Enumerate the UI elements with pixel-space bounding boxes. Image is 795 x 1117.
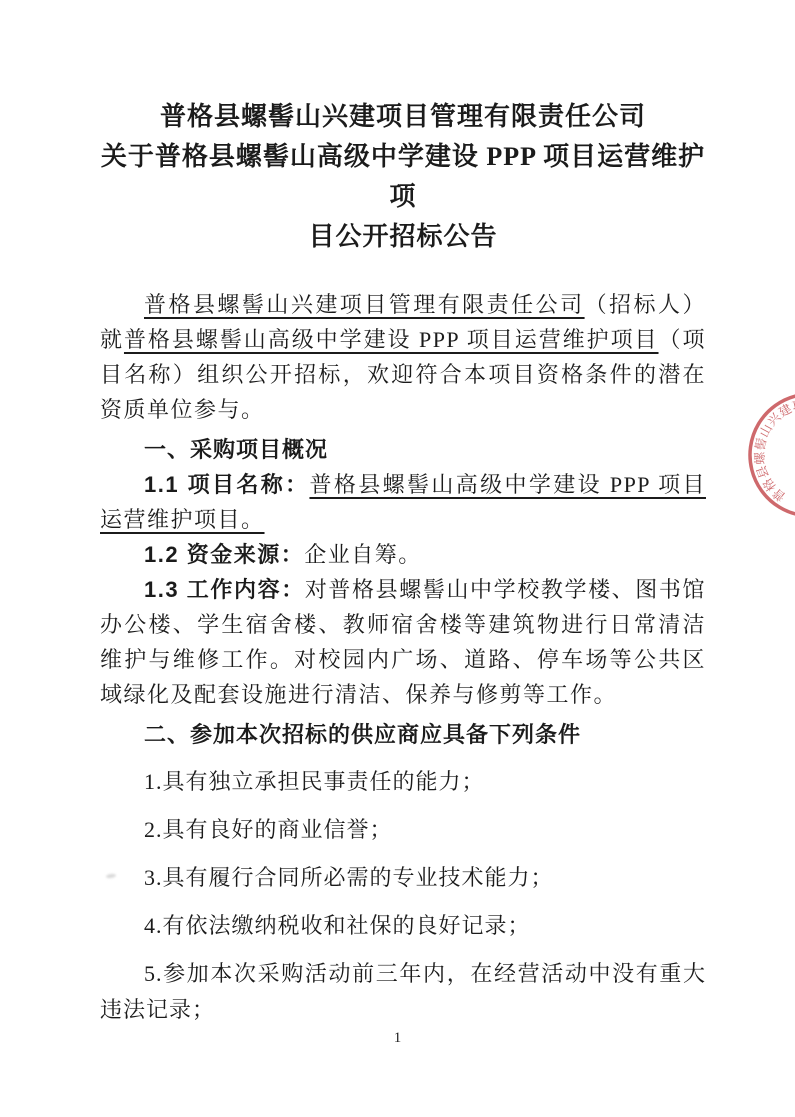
document-title: 普格县螺髻山兴建项目管理有限责任公司关于普格县螺髻山高级中学建设 PPP 项目运… [0, 0, 795, 257]
paragraph: 1.3 工作内容：对普格县螺髻山中学校教学楼、图书馆办公楼、学生宿舍楼、教师宿舍… [100, 572, 706, 712]
text-segment: 普格县螺髻山高级中学建设 PPP 项目运营维护项目 [124, 327, 659, 352]
document-page: 普格县螺髻山兴建项目管理有限责任公司关于普格县螺髻山高级中学建设 PPP 项目运… [0, 0, 795, 1117]
list-item: 4.有依法缴纳税收和社保的良好记录； [100, 908, 706, 944]
text-segment: 1.2 资金来源： [144, 542, 304, 567]
list-item: 5.参加本次采购活动前三年内，在经营活动中没有重大违法记录； [100, 956, 706, 1028]
page-number: 1 [0, 1030, 795, 1047]
section-heading: 二、参加本次招标的供应商应具备下列条件 [100, 717, 706, 752]
title-line: 关于普格县螺髻山高级中学建设 PPP 项目运营维护项 [100, 137, 706, 217]
title-line: 普格县螺髻山兴建项目管理有限责任公司 [100, 97, 706, 137]
text-segment: 企业自筹。 [304, 542, 422, 567]
list-item: 2.具有良好的商业信誉； [100, 812, 706, 848]
list-item: 1.具有独立承担民事责任的能力； [100, 764, 706, 800]
document-body: 普格县螺髻山兴建项目管理有限责任公司（招标人）就普格县螺髻山高级中学建设 PPP… [0, 257, 795, 1028]
text-segment: 1.1 项目名称： [144, 472, 309, 497]
paragraph: 普格县螺髻山兴建项目管理有限责任公司（招标人）就普格县螺髻山高级中学建设 PPP… [100, 287, 706, 427]
title-line: 目公开招标公告 [100, 217, 706, 257]
section-heading: 一、采购项目概况 [100, 432, 706, 467]
text-segment: 普格县螺髻山兴建项目管理有限责任公司 [144, 292, 585, 317]
paragraph: 1.2 资金来源：企业自筹。 [100, 537, 706, 572]
text-segment: 1.3 工作内容： [144, 577, 305, 602]
paragraph: 1.1 项目名称：普格县螺髻山高级中学建设 PPP 项目运营维护项目。 [100, 467, 706, 537]
list-item: 3.具有履行合同所必需的专业技术能力； [100, 860, 706, 896]
